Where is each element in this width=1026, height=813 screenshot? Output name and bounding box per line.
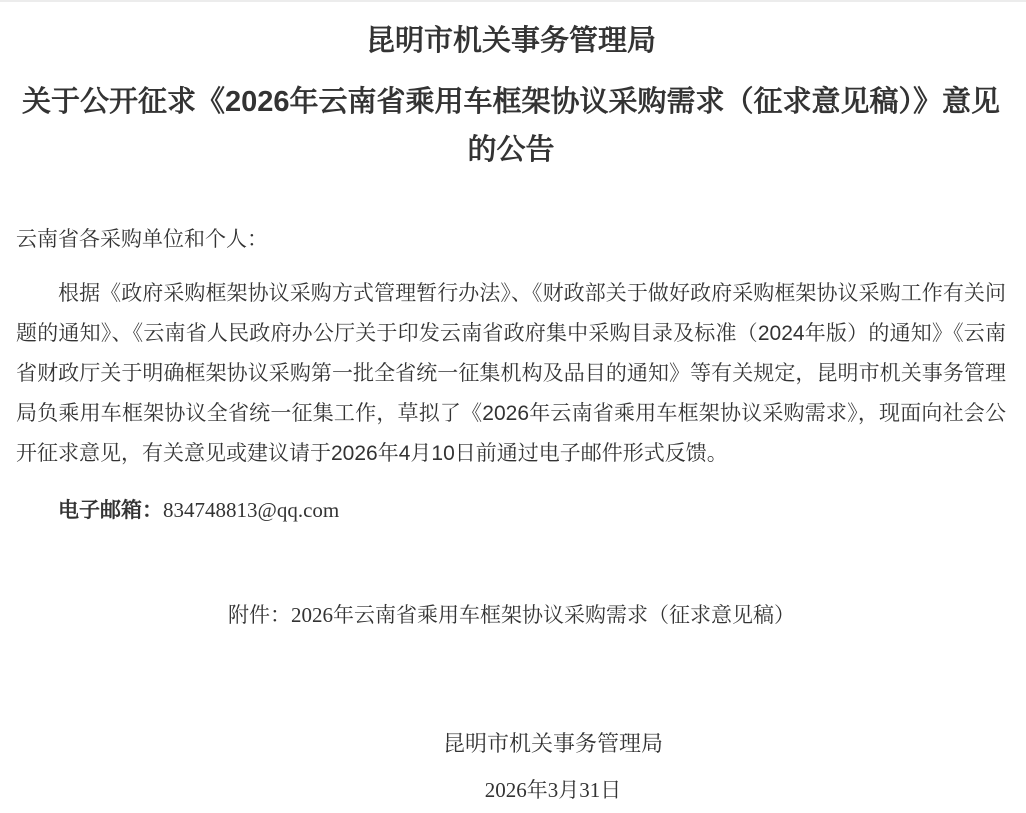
- salutation: 云南省各采购单位和个人：: [16, 226, 1006, 254]
- document-header: 昆明市机关事务管理局 关于公开征求《2026年云南省乘用车框架协议采购需求（征求…: [16, 25, 1006, 174]
- signature-block: 昆明市机关事务管理局 2026年3月31日: [58, 729, 1026, 804]
- signature-org: 昆明市机关事务管理局: [58, 729, 1026, 759]
- signature-date: 2026年3月31日: [58, 776, 1026, 804]
- email-line: 电子邮箱：834748813@qq.com: [16, 496, 1006, 525]
- email-label: 电子邮箱：: [58, 499, 163, 522]
- email-address: 834748813@qq.com: [163, 498, 339, 522]
- attachment-line: 附件：2026年云南省乘用车框架协议采购需求（征求意见稿）: [228, 601, 1006, 629]
- document-page: { "doc": { "org_line": "昆明市机关事务管理局", "ti…: [0, 0, 1026, 813]
- announcement-document: 昆明市机关事务管理局 关于公开征求《2026年云南省乘用车框架协议采购需求（征求…: [0, 25, 1026, 804]
- body-paragraph: 根据《政府采购框架协议采购方式管理暂行办法》、《财政部关于做好政府采购框架协议采…: [16, 274, 1006, 474]
- announcement-title: 关于公开征求《2026年云南省乘用车框架协议采购需求（征求意见稿）》意见的公告: [16, 78, 1006, 174]
- issuing-org-heading: 昆明市机关事务管理局: [16, 25, 1006, 57]
